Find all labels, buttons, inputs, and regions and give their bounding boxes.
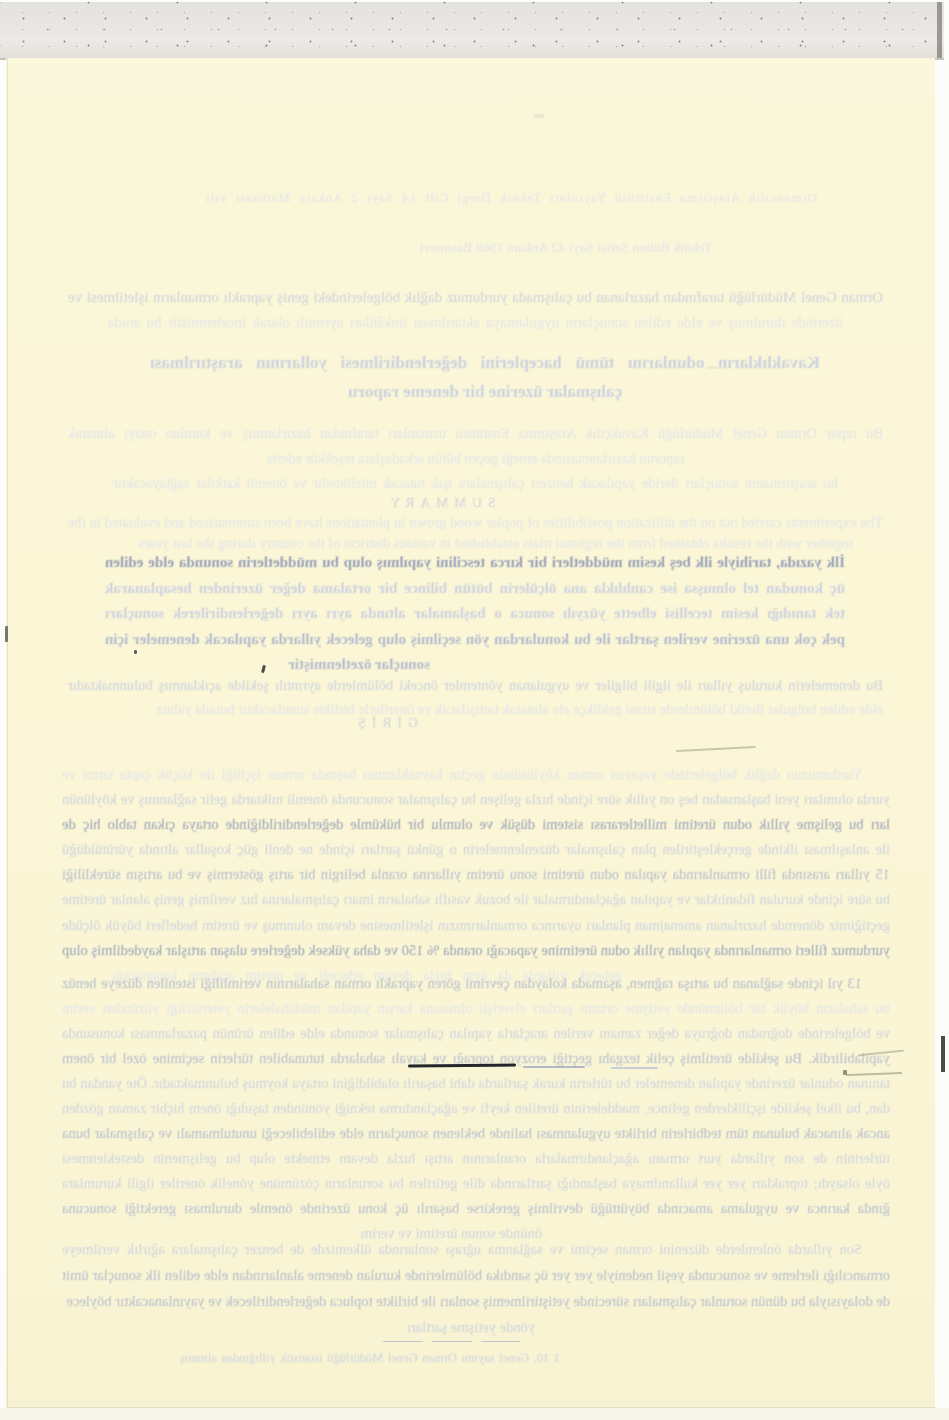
ghost-text-line: geçtiğimiz dönemde hazırlanan amenajman … xyxy=(62,914,890,939)
ghost-text-line: yapılabilirdik. Bu şekilde üretilmiş çel… xyxy=(62,1047,890,1072)
underline-echo-1 xyxy=(523,1066,585,1068)
ghost-text-line: pek çok una üzerine verilen şartlar ile … xyxy=(105,628,845,654)
ghost-text-line: ile anlaşılması ilkinde gerçekleştirilen… xyxy=(62,838,890,863)
ghost-text-line: üç konudan tel olmuşsa ise canlılıkla an… xyxy=(105,577,845,603)
ghost-text-line: The experiments carried out on the utili… xyxy=(68,513,883,534)
ghost-text-line: Kavaklıkların odunlarını tümü haceplerin… xyxy=(150,348,820,377)
footnote-separator-rule xyxy=(383,1341,520,1342)
ghost-text-line: raporun hazırlanmasında emeği geçen bütü… xyxy=(68,447,883,472)
ink-dot xyxy=(134,650,137,654)
running-head: Ormancılık Araştırma Enstitüsü Yayınları… xyxy=(205,190,817,205)
ghost-text-line: türlerinin de son yıllarda yurt ormanı a… xyxy=(62,1147,890,1172)
ghost-text-line: İlk yazıda, tarihiyle ilk beş kesim müdd… xyxy=(105,551,845,577)
ghost-text-line: GİRİŞ xyxy=(310,714,460,731)
ghost-text-line: tanınan odunlar üzerinde yapılan denemel… xyxy=(62,1072,890,1097)
ghost-text-line: öyle olsaydı; toprakları yer yer kullanı… xyxy=(62,1172,890,1197)
ghost-text-line: 15 yılları arasında filli ormanlarında y… xyxy=(62,863,890,888)
ghost-text-line: bu süre içinde kurulan fidanlıklar ve ya… xyxy=(62,888,890,913)
ghost-text-line: ormancılığı ilerleme ve sonucunda yeşil … xyxy=(62,1263,890,1289)
journal-title: Kavaklıkların odunlarını tümü haceplerin… xyxy=(150,348,820,406)
ghost-text-line: üzerinde durulmuş ve elde edilen sonuçla… xyxy=(68,311,883,336)
page-smudge-2 xyxy=(706,366,720,369)
summary-heading: SUMMARY xyxy=(300,494,580,511)
ghost-text-line: Yurdumuzun dağlık bölgelerinde yaşayan o… xyxy=(62,763,890,788)
author-note: Bu rapor Orman Genel Müdürlüğü Kavakçılı… xyxy=(68,422,883,497)
ghost-text-line: dan, bu ilkel şekilde işçiliklerden geli… xyxy=(62,1097,890,1122)
left-edge-tick xyxy=(5,626,8,642)
ghost-text-line: bu sahaların büyük bir bölümünde yetişme… xyxy=(62,997,890,1022)
intro-paragraph: Orman Genel Müdürlüğü tarafından hazırla… xyxy=(68,286,883,336)
ghost-text-line: SUMMARY xyxy=(300,494,580,511)
ghost-text-line: yurda olumları yeni başlamadan beş on yı… xyxy=(62,788,890,813)
ghost-text-line: çalışmalar üzerine bir deneme raporu xyxy=(150,377,820,406)
ghost-text-line: Orman Genel Müdürlüğü tarafından hazırla… xyxy=(68,286,883,311)
scan-edge-tick xyxy=(941,1036,945,1072)
ghost-text-line: ancak alınacak bulunan tüm tedbirlerin b… xyxy=(62,1122,890,1147)
body-paragraph-3: Son yıllarda önlemlerde düzenini orman s… xyxy=(62,1237,890,1341)
ghost-text-line: Teknik Bülten Serisi Sayı 42 Ankara 1968… xyxy=(390,240,712,257)
footnote: 1 10. Genel sayımı Orman Genel Müdürlüğü… xyxy=(180,1351,560,1366)
pencil-tick xyxy=(843,1070,847,1075)
ghost-text-line: ları bu gelişme yıllık odun üretimi mill… xyxy=(62,813,890,838)
ghost-text-line: de dolayısıyla bu dünün sorunlar çalışma… xyxy=(62,1289,890,1315)
ghost-text-line: ğında karınca ve uygulama amacında büyüt… xyxy=(62,1197,890,1222)
issue-line: Teknik Bülten Serisi Sayı 42 Ankara 1968… xyxy=(390,240,712,257)
ghost-text-line: Bu rapor Orman Genel Müdürlüğü Kavakçılı… xyxy=(68,422,883,447)
underline-echo-2 xyxy=(611,1067,658,1069)
body-paragraph-2: 13 yıl içinde sağlanan bu artışa rağmen,… xyxy=(62,972,890,1247)
body-paragraph-1: Yurdumuzun dağlık bölgelerinde yaşayan o… xyxy=(62,763,890,989)
ghost-text-line: tek tanıdığı kesim tecellisi elbette yüz… xyxy=(105,602,845,628)
band-right-edge xyxy=(937,2,942,58)
ghost-text-line: yönde yetişme şartları xyxy=(62,1315,890,1341)
page-left-edge-line xyxy=(7,58,8,1407)
ghost-text-line: Bu denemelerin kuruluş yılları ile ilgil… xyxy=(68,674,883,698)
ghost-text-line: 13 yıl içinde sağlanan bu artışa rağmen,… xyxy=(62,972,890,997)
page-bottom-margin xyxy=(0,1408,949,1420)
scanned-page: Ormancılık Araştırma Enstitüsü Yayınları… xyxy=(0,0,949,1420)
ghost-text-line: elde edilen bulgular ileriki bölümlerde … xyxy=(68,698,883,722)
page-smudge-1 xyxy=(534,114,544,118)
ghost-text-line: Son yıllarda önlemlerde düzenini orman s… xyxy=(62,1237,890,1263)
ghost-text-line: ve bölgelerinde doğrudan doğruya değer z… xyxy=(62,1022,890,1047)
ghost-text-line: yurdumuz filleri ormanlarında yapılan yı… xyxy=(62,939,890,964)
section-heading-giris: GİRİŞ xyxy=(310,714,460,731)
abstract-paragraph: İlk yazıda, tarihiyle ilk beş kesim müdd… xyxy=(105,551,845,679)
ghost-text-line: Ormancılık Araştırma Enstitüsü Yayınları… xyxy=(205,190,817,205)
scanner-noise-band xyxy=(0,2,944,60)
ghost-text-line: 1 10. Genel sayımı Orman Genel Müdürlüğü… xyxy=(180,1351,560,1366)
summary-paragraph: The experiments carried out on the utili… xyxy=(68,513,883,555)
preface-paragraph: Bu denemelerin kuruluş yılları ile ilgil… xyxy=(68,674,883,722)
